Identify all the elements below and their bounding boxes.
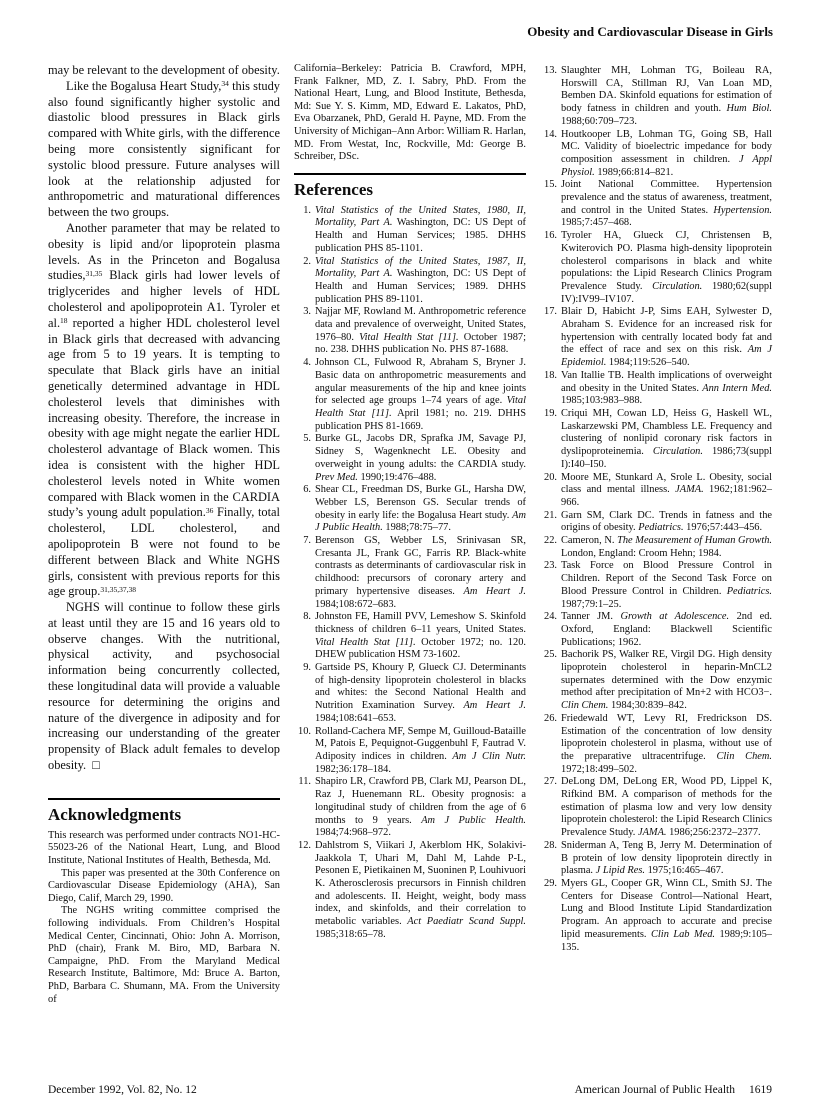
reference-item: 9.Gartside PS, Khoury P, Glueck CJ. Dete… bbox=[294, 662, 526, 726]
reference-number: 2. bbox=[294, 256, 315, 307]
reference-number: 15. bbox=[540, 179, 561, 230]
reference-text: Cameron, N. The Measurement of Human Gro… bbox=[561, 535, 772, 560]
reference-number: 9. bbox=[294, 662, 315, 726]
reference-text: Berenson GS, Webber LS, Srinivasan SR, C… bbox=[315, 535, 526, 611]
reference-text: Burke GL, Jacobs DR, Sprafka JM, Savage … bbox=[315, 433, 526, 484]
reference-text: Vital Statistics of the United States, 1… bbox=[315, 256, 526, 307]
reference-text: Dahlstrom S, Viikari J, Akerblom HK, Sol… bbox=[315, 840, 526, 942]
reference-number: 13. bbox=[540, 65, 561, 129]
reference-item: 15.Joint National Committee. Hypertensio… bbox=[540, 179, 772, 230]
reference-item: 7.Berenson GS, Webber LS, Srinivasan SR,… bbox=[294, 535, 526, 611]
reference-number: 20. bbox=[540, 472, 561, 510]
reference-number: 29. bbox=[540, 878, 561, 954]
reference-item: 10.Rolland-Cachera MF, Sempe M, Guilloud… bbox=[294, 726, 526, 777]
reference-text: Blair D, Habicht J-P, Sims EAH, Sylweste… bbox=[561, 306, 772, 370]
reference-number: 21. bbox=[540, 510, 561, 535]
reference-item: 27.DeLong DM, DeLong ER, Wood PD, Lippel… bbox=[540, 776, 772, 840]
reference-number: 7. bbox=[294, 535, 315, 611]
reference-text: Joint National Committee. Hypertension p… bbox=[561, 179, 772, 230]
body-paragraph: Another parameter that may be related to… bbox=[48, 221, 280, 600]
reference-text: Houtkooper LB, Lohman TG, Going SB, Hall… bbox=[561, 129, 772, 180]
acknowledgments-paragraph: The NGHS writing committee comprised the… bbox=[48, 905, 280, 1006]
reference-item: 21.Garn SM, Clark DC. Trends in fatness … bbox=[540, 510, 772, 535]
reference-text: Tyroler HA, Glueck CJ, Christensen B, Kw… bbox=[561, 230, 772, 306]
reference-item: 28.Sniderman A, Teng B, Jerry M. Determi… bbox=[540, 840, 772, 878]
reference-number: 1. bbox=[294, 205, 315, 256]
body-paragraph: NGHS will continue to follow these girls… bbox=[48, 600, 280, 774]
reference-item: 11.Shapiro LR, Crawford PB, Clark MJ, Pe… bbox=[294, 776, 526, 840]
reference-text: Criqui MH, Cowan LD, Heiss G, Haskell WL… bbox=[561, 408, 772, 472]
reference-number: 6. bbox=[294, 484, 315, 535]
reference-item: 19.Criqui MH, Cowan LD, Heiss G, Haskell… bbox=[540, 408, 772, 472]
content-columns: may be relevant to the development of ob… bbox=[48, 63, 772, 1006]
journal-name: American Journal of Public Health bbox=[575, 1084, 735, 1096]
reference-item: 20.Moore ME, Stunkard A, Srole L. Obesit… bbox=[540, 472, 772, 510]
reference-item: 29.Myers GL, Cooper GR, Winn CL, Smith S… bbox=[540, 878, 772, 954]
reference-text: Bachorik PS, Walker RE, Virgil DG. High … bbox=[561, 649, 772, 713]
reference-item: 12.Dahlstrom S, Viikari J, Akerblom HK, … bbox=[294, 840, 526, 942]
reference-item: 6.Shear CL, Freedman DS, Burke GL, Harsh… bbox=[294, 484, 526, 535]
reference-item: 25.Bachorik PS, Walker RE, Virgil DG. Hi… bbox=[540, 649, 772, 713]
body-paragraph: may be relevant to the development of ob… bbox=[48, 63, 280, 79]
reference-number: 28. bbox=[540, 840, 561, 878]
running-head: Obesity and Cardiovascular Disease in Gi… bbox=[527, 24, 773, 40]
reference-text: Sniderman A, Teng B, Jerry M. Determinat… bbox=[561, 840, 772, 878]
reference-item: 5.Burke GL, Jacobs DR, Sprafka JM, Savag… bbox=[294, 433, 526, 484]
reference-list: 1.Vital Statistics of the United States,… bbox=[294, 205, 526, 942]
reference-item: 2.Vital Statistics of the United States,… bbox=[294, 256, 526, 307]
reference-item: 23.Task Force on Blood Pressure Control … bbox=[540, 560, 772, 611]
reference-item: 13.Slaughter MH, Lohman TG, Boileau RA, … bbox=[540, 65, 772, 129]
reference-text: Gartside PS, Khoury P, Glueck CJ. Determ… bbox=[315, 662, 526, 726]
column-right: 13.Slaughter MH, Lohman TG, Boileau RA, … bbox=[540, 63, 772, 1006]
reference-text: Johnston FE, Hamill PVV, Lemeshow S. Ski… bbox=[315, 611, 526, 662]
reference-number: 4. bbox=[294, 357, 315, 433]
acknowledgments-heading: Acknowledgments bbox=[48, 805, 280, 825]
reference-item: 26.Friedewald WT, Levy RI, Fredrickson D… bbox=[540, 713, 772, 777]
footer-right: American Journal of Public Health1619 bbox=[575, 1084, 772, 1096]
reference-text: Moore ME, Stunkard A, Srole L. Obesity, … bbox=[561, 472, 772, 510]
reference-number: 3. bbox=[294, 306, 315, 357]
reference-number: 11. bbox=[294, 776, 315, 840]
reference-number: 22. bbox=[540, 535, 561, 560]
reference-text: Tanner JM. Growth at Adolescence. 2nd ed… bbox=[561, 611, 772, 649]
acknowledgments-paragraph: This paper was presented at the 30th Con… bbox=[48, 868, 280, 906]
journal-page: Obesity and Cardiovascular Disease in Gi… bbox=[0, 0, 816, 1120]
reference-number: 12. bbox=[294, 840, 315, 942]
reference-item: 14.Houtkooper LB, Lohman TG, Going SB, H… bbox=[540, 129, 772, 180]
page-number: 1619 bbox=[749, 1084, 772, 1096]
reference-number: 5. bbox=[294, 433, 315, 484]
reference-number: 25. bbox=[540, 649, 561, 713]
reference-item: 8.Johnston FE, Hamill PVV, Lemeshow S. S… bbox=[294, 611, 526, 662]
reference-text: Shapiro LR, Crawford PB, Clark MJ, Pears… bbox=[315, 776, 526, 840]
column-middle: California–Berkeley: Patricia B. Crawfor… bbox=[294, 63, 526, 1006]
issue-info: December 1992, Vol. 82, No. 12 bbox=[48, 1084, 197, 1096]
reference-item: 16.Tyroler HA, Glueck CJ, Christensen B,… bbox=[540, 230, 772, 306]
reference-number: 23. bbox=[540, 560, 561, 611]
reference-text: Rolland-Cachera MF, Sempe M, Guilloud-Ba… bbox=[315, 726, 526, 777]
reference-number: 27. bbox=[540, 776, 561, 840]
reference-text: Van Itallie TB. Health implications of o… bbox=[561, 370, 772, 408]
reference-item: 17.Blair D, Habicht J-P, Sims EAH, Sylwe… bbox=[540, 306, 772, 370]
reference-text: Task Force on Blood Pressure Control in … bbox=[561, 560, 772, 611]
reference-number: 24. bbox=[540, 611, 561, 649]
reference-number: 17. bbox=[540, 306, 561, 370]
reference-item: 4.Johnson CL, Fulwood R, Abraham S, Bryn… bbox=[294, 357, 526, 433]
reference-text: Najjar MF, Rowland M. Anthropometric ref… bbox=[315, 306, 526, 357]
section-divider bbox=[48, 798, 280, 800]
section-divider bbox=[294, 173, 526, 175]
reference-text: Myers GL, Cooper GR, Winn CL, Smith SJ. … bbox=[561, 878, 772, 954]
reference-item: 22.Cameron, N. The Measurement of Human … bbox=[540, 535, 772, 560]
reference-item: 1.Vital Statistics of the United States,… bbox=[294, 205, 526, 256]
reference-text: Vital Statistics of the United States, 1… bbox=[315, 205, 526, 256]
reference-number: 26. bbox=[540, 713, 561, 777]
reference-number: 19. bbox=[540, 408, 561, 472]
body-paragraph: Like the Bogalusa Heart Study,34 this st… bbox=[48, 79, 280, 221]
reference-number: 8. bbox=[294, 611, 315, 662]
page-footer: December 1992, Vol. 82, No. 12 American … bbox=[48, 1084, 772, 1096]
reference-number: 18. bbox=[540, 370, 561, 408]
reference-number: 14. bbox=[540, 129, 561, 180]
reference-text: Garn SM, Clark DC. Trends in fatness and… bbox=[561, 510, 772, 535]
reference-list: 13.Slaughter MH, Lohman TG, Boileau RA, … bbox=[540, 65, 772, 954]
acknowledgments-paragraph: California–Berkeley: Patricia B. Crawfor… bbox=[294, 63, 526, 164]
acknowledgments-paragraph: This research was performed under contra… bbox=[48, 830, 280, 868]
reference-text: Shear CL, Freedman DS, Burke GL, Harsha … bbox=[315, 484, 526, 535]
reference-number: 16. bbox=[540, 230, 561, 306]
column-left: may be relevant to the development of ob… bbox=[48, 63, 280, 1006]
reference-text: DeLong DM, DeLong ER, Wood PD, Lippel K,… bbox=[561, 776, 772, 840]
reference-item: 18.Van Itallie TB. Health implications o… bbox=[540, 370, 772, 408]
reference-text: Slaughter MH, Lohman TG, Boileau RA, Hor… bbox=[561, 65, 772, 129]
reference-text: Friedewald WT, Levy RI, Fredrickson DS. … bbox=[561, 713, 772, 777]
reference-item: 24.Tanner JM. Growth at Adolescence. 2nd… bbox=[540, 611, 772, 649]
reference-text: Johnson CL, Fulwood R, Abraham S, Bryner… bbox=[315, 357, 526, 433]
reference-number: 10. bbox=[294, 726, 315, 777]
reference-item: 3.Najjar MF, Rowland M. Anthropometric r… bbox=[294, 306, 526, 357]
references-heading: References bbox=[294, 180, 526, 200]
